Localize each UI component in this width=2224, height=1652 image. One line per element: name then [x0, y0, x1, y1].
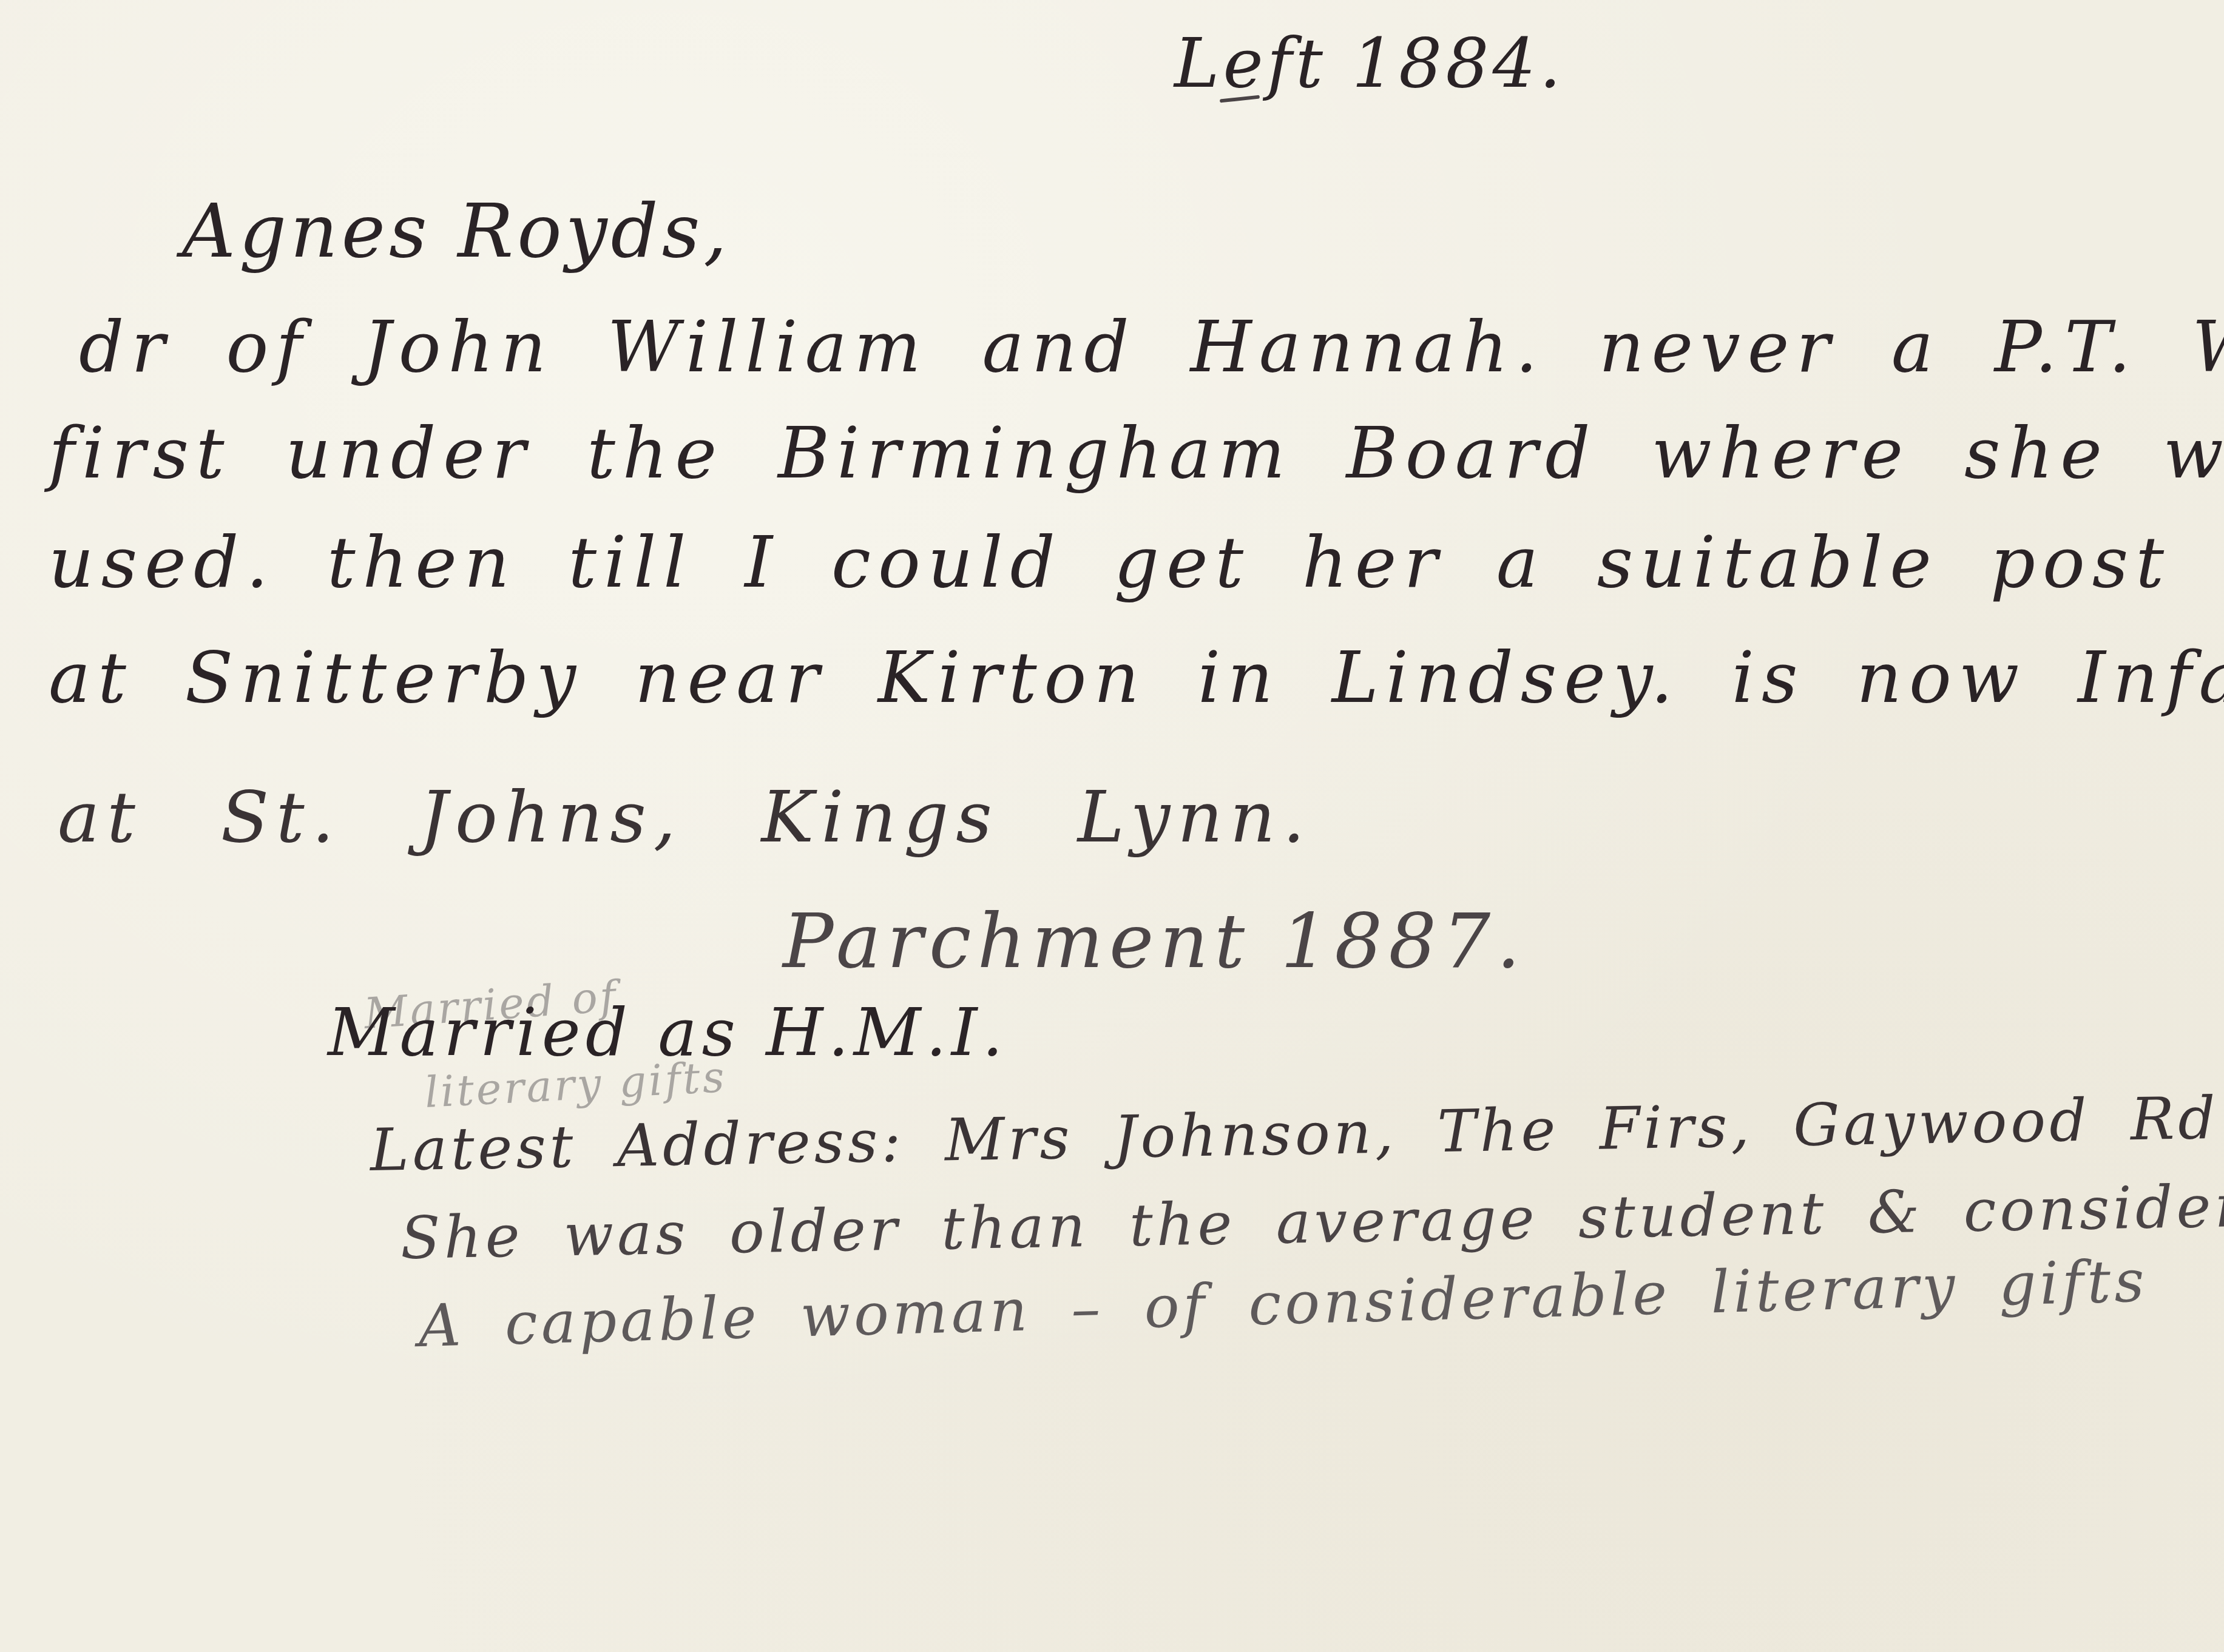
parchment-year: Parchment 1887.	[783, 898, 1526, 985]
body-line-1: dr of John William and Hannah. never a P…	[79, 306, 2224, 388]
body-line-5: at St. Johns, Kings Lynn.	[58, 777, 1312, 858]
leaving-year-heading: Left 1884.	[1174, 24, 1564, 103]
body-line-2: first under the Birmingham Board where s…	[49, 413, 2224, 494]
student-name: Agnes Royds,	[182, 188, 731, 274]
body-line-4: at Snitterby near Kirton in Lindsey. is …	[49, 637, 2224, 719]
body-line-3: used. then till I could get her a suitab…	[49, 522, 2224, 604]
document-page: Left 1884. Agnes Royds, dr of John Willi…	[0, 0, 2224, 1652]
